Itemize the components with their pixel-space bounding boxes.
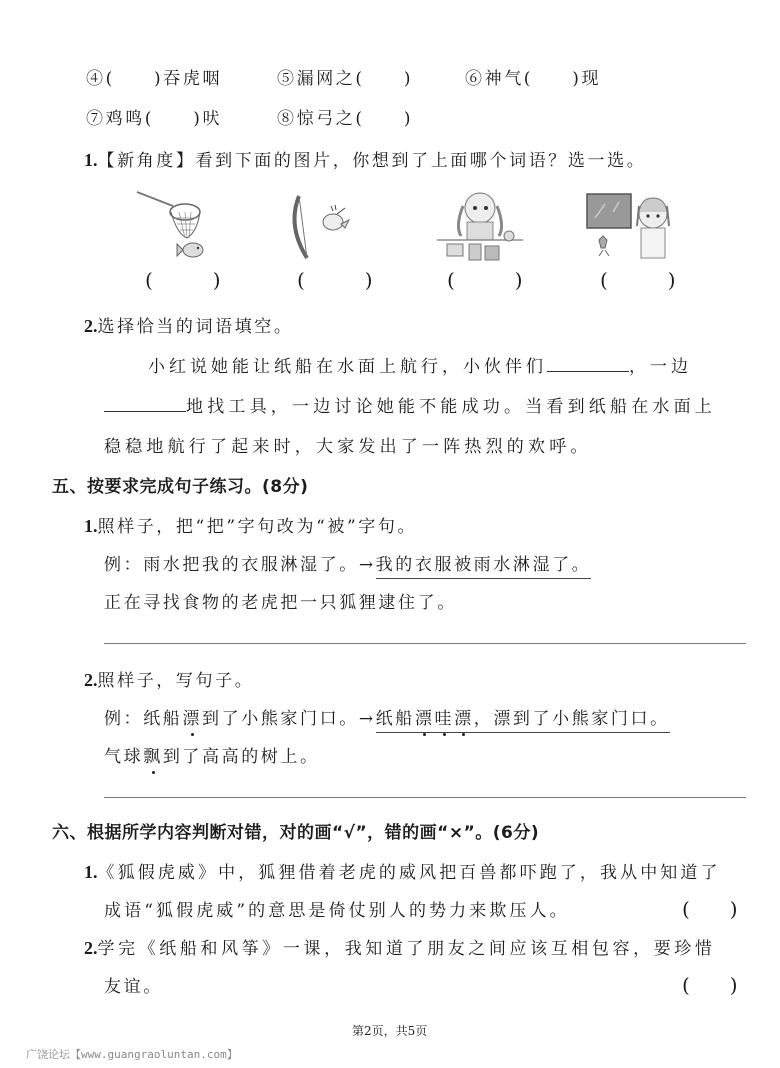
example-result-text: 纸船 bbox=[376, 709, 415, 729]
emphasis-char: 哇 bbox=[435, 709, 455, 729]
question-number: 1. bbox=[84, 150, 98, 170]
section-5-q1-prompt: 正在寻找食物的老虎把一只狐狸逮住了。 bbox=[104, 588, 457, 613]
girl-eating-image bbox=[435, 188, 525, 264]
example-result-text: ，漂到了小熊家门口。 bbox=[474, 709, 670, 729]
watermark: 广饶论坛【www.guangraoluntan.com】 bbox=[26, 1046, 238, 1062]
fill-blank-2[interactable] bbox=[104, 411, 186, 412]
page-number: 第2页，共5页 bbox=[352, 1022, 427, 1039]
item-text: 学完《纸船和风筝》一课，我知道了朋友之间应该互相包容，要珍惜 bbox=[98, 939, 716, 959]
section-5-title: 五、按要求完成句子练习。(8分) bbox=[52, 472, 308, 497]
section-6-title: 六、根据所学内容判断对错，对的画“√”，错的画“×”。(6分) bbox=[52, 818, 539, 843]
item-text: 《狐假虎威》中，狐狸借着老虎的威风把百兽都吓跑了，我从中知道了 bbox=[98, 863, 721, 883]
answer-paren-4[interactable]: ( ) bbox=[600, 264, 676, 293]
net-and-fish-image bbox=[135, 188, 225, 260]
paragraph-line-3: 稳稳地航行了起来时，大家发出了一阵热烈的欢呼。 bbox=[104, 432, 592, 457]
emphasis-char: 漂 bbox=[454, 709, 474, 729]
section-5-q1-example: 例：雨水把我的衣服淋湿了。→我的衣服被雨水淋湿了。 bbox=[104, 550, 591, 575]
question-text: 选择恰当的词语填空。 bbox=[98, 317, 294, 337]
fill-blank-1[interactable] bbox=[547, 371, 629, 372]
idiom-marker: ⑥ bbox=[465, 69, 485, 89]
answer-line-2[interactable] bbox=[104, 797, 746, 798]
question-2-fill-blank: 2.选择恰当的词语填空。 bbox=[84, 312, 294, 337]
idiom-5: ⑤漏网之( ) bbox=[277, 64, 413, 89]
idiom-text: 鸡鸣( )吠 bbox=[106, 109, 222, 129]
prompt-text: 到了高高的树上。 bbox=[163, 747, 320, 767]
question-number: 1. bbox=[84, 516, 98, 536]
paragraph-text: 地找工具，一边讨论她能不能成功。当看到纸船在水面上 bbox=[186, 397, 716, 417]
question-number: 1. bbox=[84, 862, 98, 882]
paragraph-line-1: 小红说她能让纸船在水面上航行，小伙伴们，一边 bbox=[148, 352, 692, 377]
idiom-7: ⑦鸡鸣( )吠 bbox=[86, 104, 222, 129]
paragraph-text: 小红说她能让纸船在水面上航行，小伙伴们 bbox=[148, 357, 547, 377]
section-6-item-2-line-2: 友谊。 bbox=[104, 972, 163, 997]
paragraph-text: ，一边 bbox=[629, 357, 692, 377]
section-5-question-2: 2.照样子，写句子。 bbox=[84, 666, 254, 691]
girl-and-window-image bbox=[585, 192, 675, 262]
prompt-text: 气球 bbox=[104, 747, 143, 767]
answer-paren-2[interactable]: ( ) bbox=[297, 264, 373, 293]
answer-paren-1[interactable]: ( ) bbox=[145, 264, 221, 293]
section-6-item-2-line-1: 2.学完《纸船和风筝》一课，我知道了朋友之间应该互相包容，要珍惜 bbox=[84, 934, 716, 959]
idiom-6: ⑥神气( )现 bbox=[465, 64, 601, 89]
idiom-marker: ⑧ bbox=[277, 109, 297, 129]
question-text: 【新角度】看到下面的图片，你想到了上面哪个词语？选一选。 bbox=[98, 151, 647, 171]
section-6-item-1-line-2: 成语“狐假虎威”的意思是倚仗别人的势力来欺压人。 bbox=[104, 896, 570, 921]
idiom-8: ⑧惊弓之( ) bbox=[277, 104, 413, 129]
emphasis-char: 漂 bbox=[415, 709, 435, 729]
example-result: 我的衣服被雨水淋湿了。 bbox=[376, 555, 592, 579]
idiom-text: 惊弓之( ) bbox=[297, 109, 413, 129]
section-5-question-1: 1.照样子，把“把”字句改为“被”字句。 bbox=[84, 512, 417, 537]
idiom-text: ( )吞虎咽 bbox=[106, 69, 222, 89]
emphasis-char: 漂 bbox=[182, 709, 202, 729]
idiom-text: 神气( )现 bbox=[485, 69, 601, 89]
judgment-paren-2[interactable]: ( ) bbox=[682, 969, 738, 998]
question-1-picture-choice: 1.【新角度】看到下面的图片，你想到了上面哪个词语？选一选。 bbox=[84, 146, 646, 171]
answer-paren-3[interactable]: ( ) bbox=[447, 264, 523, 293]
arrow-icon: → bbox=[359, 555, 376, 575]
example-text: 例：雨水把我的衣服淋湿了。 bbox=[104, 555, 359, 575]
example-text: 例：纸船 bbox=[104, 709, 182, 729]
idiom-text: 漏网之( ) bbox=[297, 69, 413, 89]
bow-and-bird-image bbox=[285, 192, 355, 262]
paragraph-line-2: 地找工具，一边讨论她能不能成功。当看到纸船在水面上 bbox=[104, 392, 716, 417]
question-text: 照样子，写句子。 bbox=[98, 671, 255, 691]
question-number: 2. bbox=[84, 316, 98, 336]
question-text: 照样子，把“把”字句改为“被”字句。 bbox=[98, 517, 418, 537]
section-6-item-1-line-1: 1.《狐假虎威》中，狐狸借着老虎的威风把百兽都吓跑了，我从中知道了 bbox=[84, 858, 721, 883]
example-text: 到了小熊家门口。 bbox=[202, 709, 359, 729]
arrow-icon: → bbox=[359, 709, 376, 729]
emphasis-char: 飘 bbox=[143, 747, 163, 767]
idiom-marker: ④ bbox=[86, 69, 106, 89]
question-number: 2. bbox=[84, 670, 98, 690]
question-number: 2. bbox=[84, 938, 98, 958]
idiom-marker: ⑤ bbox=[277, 69, 297, 89]
answer-line-1[interactable] bbox=[104, 643, 746, 644]
idiom-marker: ⑦ bbox=[86, 109, 106, 129]
section-5-q2-example: 例：纸船漂到了小熊家门口。→纸船漂哇漂，漂到了小熊家门口。 bbox=[104, 704, 670, 729]
example-result: 纸船漂哇漂，漂到了小熊家门口。 bbox=[376, 709, 670, 733]
idiom-4: ④( )吞虎咽 bbox=[86, 64, 222, 89]
section-5-q2-prompt: 气球飘到了高高的树上。 bbox=[104, 742, 320, 767]
judgment-paren-1[interactable]: ( ) bbox=[682, 893, 738, 922]
